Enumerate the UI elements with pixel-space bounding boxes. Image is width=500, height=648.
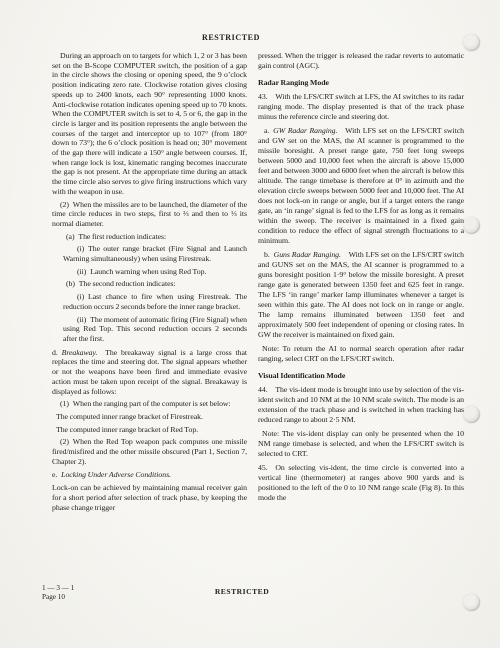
paragraph-1-ranging-set-below: (1) When the ranging part of the compute…	[52, 399, 247, 409]
section-heading-visual-identification: Visual Identification Mode	[258, 371, 464, 381]
right-column: pressed. When the trigger is released th…	[258, 51, 464, 515]
punch-hole	[463, 406, 480, 423]
paragraph-d-breakaway: d. Breakaway. The breakaway signal is a …	[52, 348, 247, 397]
manual-page: RESTRICTED During an approach on to targ…	[0, 0, 500, 648]
line-firestreak-bracket: The computed inner range bracket of Fire…	[56, 412, 247, 422]
paragraph-a-gw-radar-ranging: a. GW Radar Ranging. With LFS set on the…	[258, 126, 464, 246]
item-a-first-reduction: (a) The first reduction indicates:	[63, 232, 247, 242]
item-ii-launch-warning: (ii) Launch warning when using Red Top.	[63, 267, 247, 277]
note-vis-ident-display: Note: The vis-ident display can only be …	[258, 429, 464, 459]
item-i-outer-range-bracket: (i) The outer range bracket (Fire Signal…	[63, 244, 247, 263]
section-heading-radar-ranging: Radar Ranging Mode	[258, 78, 464, 88]
item-b-second-reduction: (b) The second reduction indicates:	[63, 279, 247, 289]
left-column: During an approach on to targets for whi…	[52, 51, 247, 515]
item-i-last-chance: (i) Last chance to fire when using Fires…	[63, 292, 247, 311]
paragraph-lock-on: Lock-on can be achieved by maintaining m…	[52, 483, 247, 512]
punch-hole	[463, 217, 480, 234]
note-return-to-search: Note: To return the AI to normal search …	[258, 344, 464, 364]
paragraph-e-locking: e. Locking Under Adverse Conditions.	[52, 470, 247, 480]
paragraph-44: 44. The vis-ident mode is brought into u…	[258, 385, 464, 425]
paragraph-approach: During an approach on to targets for whi…	[52, 51, 247, 197]
item-ii-automatic-firing: (ii) The moment of automatic firing (Fir…	[63, 315, 247, 344]
top-classification-banner: RESTRICTED	[0, 33, 462, 42]
paragraph-continuation: pressed. When the trigger is released th…	[258, 51, 464, 71]
line-red-top-bracket: The computed inner range bracket of Red …	[56, 425, 247, 435]
paragraph-2-missile-launch: (2) When the missiles are to be launched…	[52, 200, 247, 229]
text-columns: During an approach on to targets for whi…	[52, 51, 464, 515]
paragraph-43: 43. With the LFS/CRT switch at LFS, the …	[258, 92, 464, 122]
punch-hole	[463, 34, 480, 51]
paragraph-b-guns-radar-ranging: b. Guns Radar Ranging. With LFS set on t…	[258, 250, 464, 340]
punch-hole	[463, 594, 480, 611]
bottom-classification-banner: RESTRICTED	[0, 587, 484, 596]
paragraph-45: 45. On selecting vis-ident, the time cir…	[258, 463, 464, 503]
paragraph-2-weapon-pack: (2) When the Red Top weapon pack compute…	[52, 437, 247, 466]
